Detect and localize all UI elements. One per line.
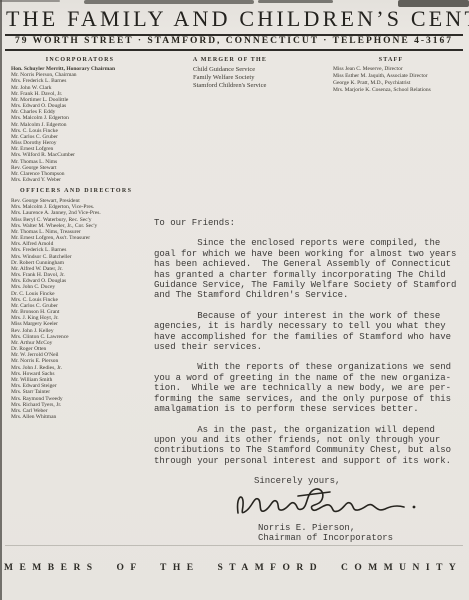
officer-name: Mrs. Allen Whitman bbox=[11, 414, 101, 420]
officer-name: Mrs. Walter M. Wheeler, Jr., Cor. Sec'y bbox=[11, 223, 101, 229]
org-title: THE FAMILY AND CHILDREN’S CENTER bbox=[6, 6, 463, 32]
letter-paragraph: Since the enclosed reports were compiled… bbox=[154, 238, 468, 300]
staff-member: Miss Esther M. Jaquith, Associate Direct… bbox=[333, 73, 431, 80]
incorporators-heading: INCORPORATORS bbox=[0, 57, 160, 63]
staff-member: Mrs. Marjorie K. Cosenza, School Relatio… bbox=[333, 87, 431, 94]
staff-list: Miss Jean C. Meserve, DirectorMiss Esthe… bbox=[333, 66, 431, 94]
header-rule-bottom bbox=[5, 49, 463, 51]
scan-edge-artifact bbox=[0, 0, 60, 2]
incorporators-list: Hon. Schuyler Merritt, Honorary Chairman… bbox=[11, 66, 115, 183]
signed-name: Norris E. Pierson, bbox=[258, 523, 468, 533]
address-line: 79 WORTH STREET · STAMFORD, CONNECTICUT … bbox=[5, 36, 463, 46]
merger-organization: Family Welfare Society bbox=[193, 74, 266, 82]
officer-name: Mrs. Laurence A. Janney, 2nd Vice-Pres. bbox=[11, 210, 101, 216]
incorporator-name: Mrs. Edward Y. Weber bbox=[11, 177, 115, 183]
signed-title: Chairman of Incorporators bbox=[258, 533, 468, 543]
letter-paragraph: As in the past, the organization will de… bbox=[154, 425, 468, 467]
letter-paragraph: With the reports of these organizations … bbox=[154, 362, 468, 414]
letter-paragraphs: Since the enclosed reports were compiled… bbox=[154, 238, 468, 466]
scan-edge-artifact bbox=[84, 0, 254, 4]
footer-rule bbox=[5, 545, 463, 546]
staff-member: Miss Jean C. Meserve, Director bbox=[333, 66, 431, 73]
officer-name: Miss Beryl C. Waterbury, Rec. Sec'y bbox=[11, 217, 101, 223]
staff-member: George K. Pratt, M.D., Psychiatrist bbox=[333, 80, 431, 87]
officers-list: Rev. George Stewart, PresidentMrs. Malco… bbox=[11, 198, 101, 420]
merger-organization: Child Guidance Service bbox=[193, 66, 266, 74]
scan-edge-artifact bbox=[0, 0, 2, 600]
merger-organizations-list: Child Guidance ServiceFamily Welfare Soc… bbox=[193, 66, 266, 90]
scanned-letter-page: THE FAMILY AND CHILDREN’S CENTER 79 WORT… bbox=[0, 0, 469, 600]
scan-edge-artifact bbox=[258, 0, 333, 3]
officers-heading: OFFICERS AND DIRECTORS bbox=[20, 188, 132, 194]
signature-script bbox=[232, 483, 422, 523]
merger-heading: A MERGER OF THE bbox=[185, 57, 275, 63]
letter-body: To our Friends: Since the enclosed repor… bbox=[154, 218, 468, 543]
footer-banner: MEMBERS OF THE STAMFORD COMMUNITY CHEST bbox=[4, 563, 465, 573]
letter-paragraph: Because of your interest in the work of … bbox=[154, 311, 468, 353]
letter-salutation: To our Friends: bbox=[154, 218, 468, 228]
merger-organization: Stamford Children's Service bbox=[193, 82, 266, 90]
staff-heading: STAFF bbox=[356, 57, 426, 63]
